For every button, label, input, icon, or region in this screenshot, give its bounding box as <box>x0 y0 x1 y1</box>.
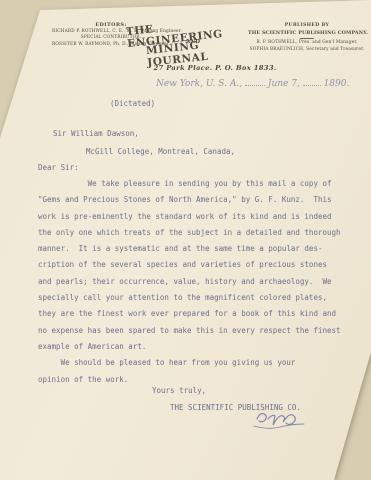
publisher-officers: R. P. ROTHWELL, Pres. and Gen'l Manager.… <box>248 40 366 52</box>
dictated-note: (Dictated) <box>110 99 155 108</box>
body-line: specially call your attention to the mag… <box>38 290 341 306</box>
body-line: and pearls; their occurrence, value, his… <box>38 274 341 290</box>
dateline-year: 1890. <box>324 79 350 89</box>
dateline-fill-1 <box>245 77 265 86</box>
body-line: no expense has been spared to make this … <box>38 323 341 339</box>
officer-line: SOPHIA BRAEUNLICH, Secretary and Treasur… <box>248 47 366 53</box>
scanned-letter: EDITORS: RICHARD P. ROTHWELL, C. E., M. … <box>0 0 371 480</box>
body-line: "Gems and Precious Stones of North Ameri… <box>38 192 341 208</box>
body-line: example of American art. <box>38 339 341 355</box>
dateline-fill-2 <box>303 77 321 86</box>
journal-logo: THE ENGINEERING AND MINING JOURNAL <box>126 18 250 64</box>
dateline-date: June 7, <box>268 79 300 89</box>
body-line: We take pleasure in sending you by this … <box>38 176 341 192</box>
handwritten-signature <box>252 406 308 432</box>
publisher-company: THE SCIENTIFIC PUBLISHING COMPANY. <box>248 30 366 37</box>
signature-initials-icon <box>252 406 308 432</box>
recipient-name: Sir William Dawson, <box>53 129 139 138</box>
body-line: manner. It is a systematic and at the sa… <box>38 241 341 257</box>
dateline: New York, U. S. A., June 7, 1890. <box>156 77 349 89</box>
letter-body: We take pleasure in sending you by this … <box>38 176 341 388</box>
street-address: 27 Park Place. P. O. Box 1833. <box>145 64 285 72</box>
letter-paper: EDITORS: RICHARD P. ROTHWELL, C. E., M. … <box>0 0 371 480</box>
recipient-address: McGill College, Montreal, Canada, <box>86 147 235 156</box>
closing-phrase: Yours truly, <box>152 386 206 395</box>
body-line: cription of the several species and vari… <box>38 257 341 273</box>
letterhead-publisher-block: PUBLISHED BY THE SCIENTIFIC PUBLISHING C… <box>248 23 366 53</box>
body-line: We should be pleased to hear from you gi… <box>38 355 341 371</box>
salutation: Dear Sir: <box>38 163 79 172</box>
divider <box>300 38 314 39</box>
officer-line: R. P. ROTHWELL, Pres. and Gen'l Manager. <box>248 40 366 46</box>
dateline-place: New York, U. S. A., <box>156 79 242 89</box>
body-line: the only one which treats of the subject… <box>38 225 341 241</box>
body-line: work is pre-eminently the standard work … <box>38 209 341 225</box>
body-line: they are the finest work ever prepared f… <box>38 306 341 322</box>
